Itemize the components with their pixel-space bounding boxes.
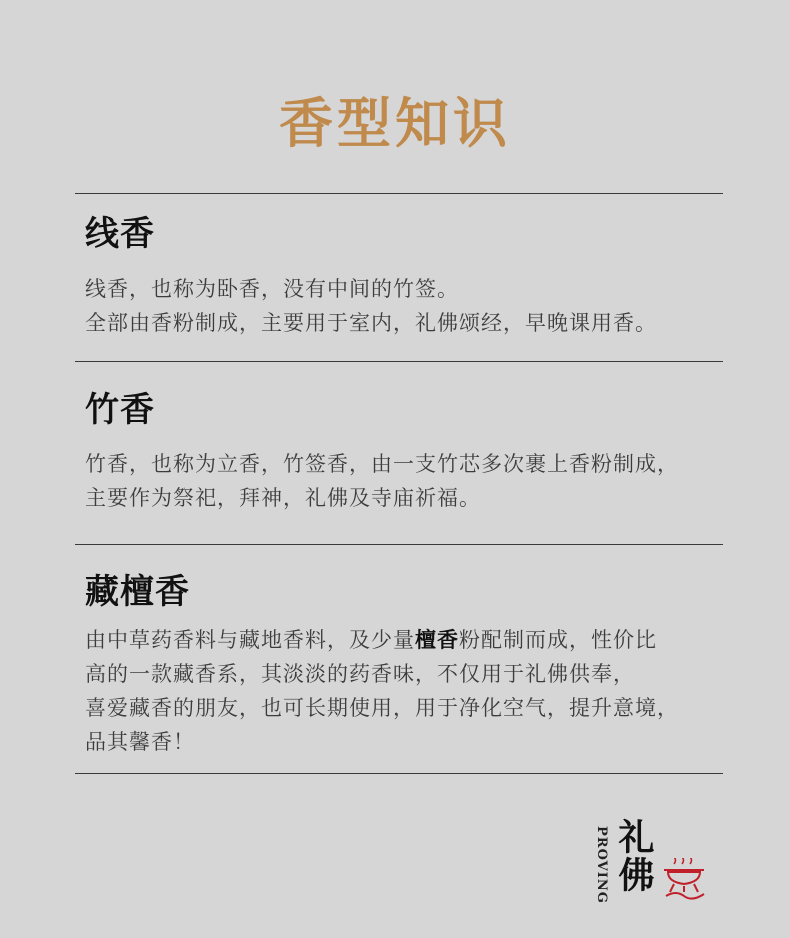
highlight-text: 檀香 (415, 628, 459, 652)
divider-2 (75, 544, 723, 545)
section-body-zangtanxiang: 由中草药香料与藏地香料，及少量檀香粉配制而成，性价比 高的一款藏香系，其淡淡的药… (85, 623, 745, 759)
divider-1 (75, 361, 723, 362)
section-body-zhuxiang: 竹香，也称为立香，竹签香，由一支竹芯多次裹上香粉制成， 主要作为祭祀，拜神，礼佛… (85, 447, 745, 515)
section-title-xianxiang: 线香 (85, 214, 155, 254)
footer-chinese-label: 礼佛 (614, 818, 654, 894)
body-text: 由中草药香料与藏地香料，及少量 (85, 628, 415, 652)
incense-burner-logo-icon (660, 858, 710, 904)
divider-bottom (75, 773, 723, 774)
body-line: 品其馨香！ (85, 725, 745, 759)
body-line: 由中草药香料与藏地香料，及少量檀香粉配制而成，性价比 (85, 623, 745, 657)
section-title-zhuxiang: 竹香 (85, 390, 155, 430)
section-title-zangtanxiang: 藏檀香 (85, 572, 190, 612)
body-line: 线香，也称为卧香，没有中间的竹签。 (85, 272, 745, 306)
body-line: 高的一款藏香系，其淡淡的药香味，不仅用于礼佛供奉， (85, 657, 745, 691)
page-title: 香型知识 (0, 92, 790, 156)
body-line: 喜爱藏香的朋友，也可长期使用，用于净化空气，提升意境， (85, 691, 745, 725)
body-text: 粉配制而成，性价比 (459, 628, 657, 652)
section-body-xianxiang: 线香，也称为卧香，没有中间的竹签。 全部由香粉制成，主要用于室内，礼佛颂经，早晚… (85, 272, 745, 340)
body-line: 主要作为祭祀，拜神，礼佛及寺庙祈福。 (85, 481, 745, 515)
divider-top (75, 193, 723, 194)
body-line: 竹香，也称为立香，竹签香，由一支竹芯多次裹上香粉制成， (85, 447, 745, 481)
footer-english-label: PROVING (594, 826, 609, 904)
body-line: 全部由香粉制成，主要用于室内，礼佛颂经，早晚课用香。 (85, 306, 745, 340)
